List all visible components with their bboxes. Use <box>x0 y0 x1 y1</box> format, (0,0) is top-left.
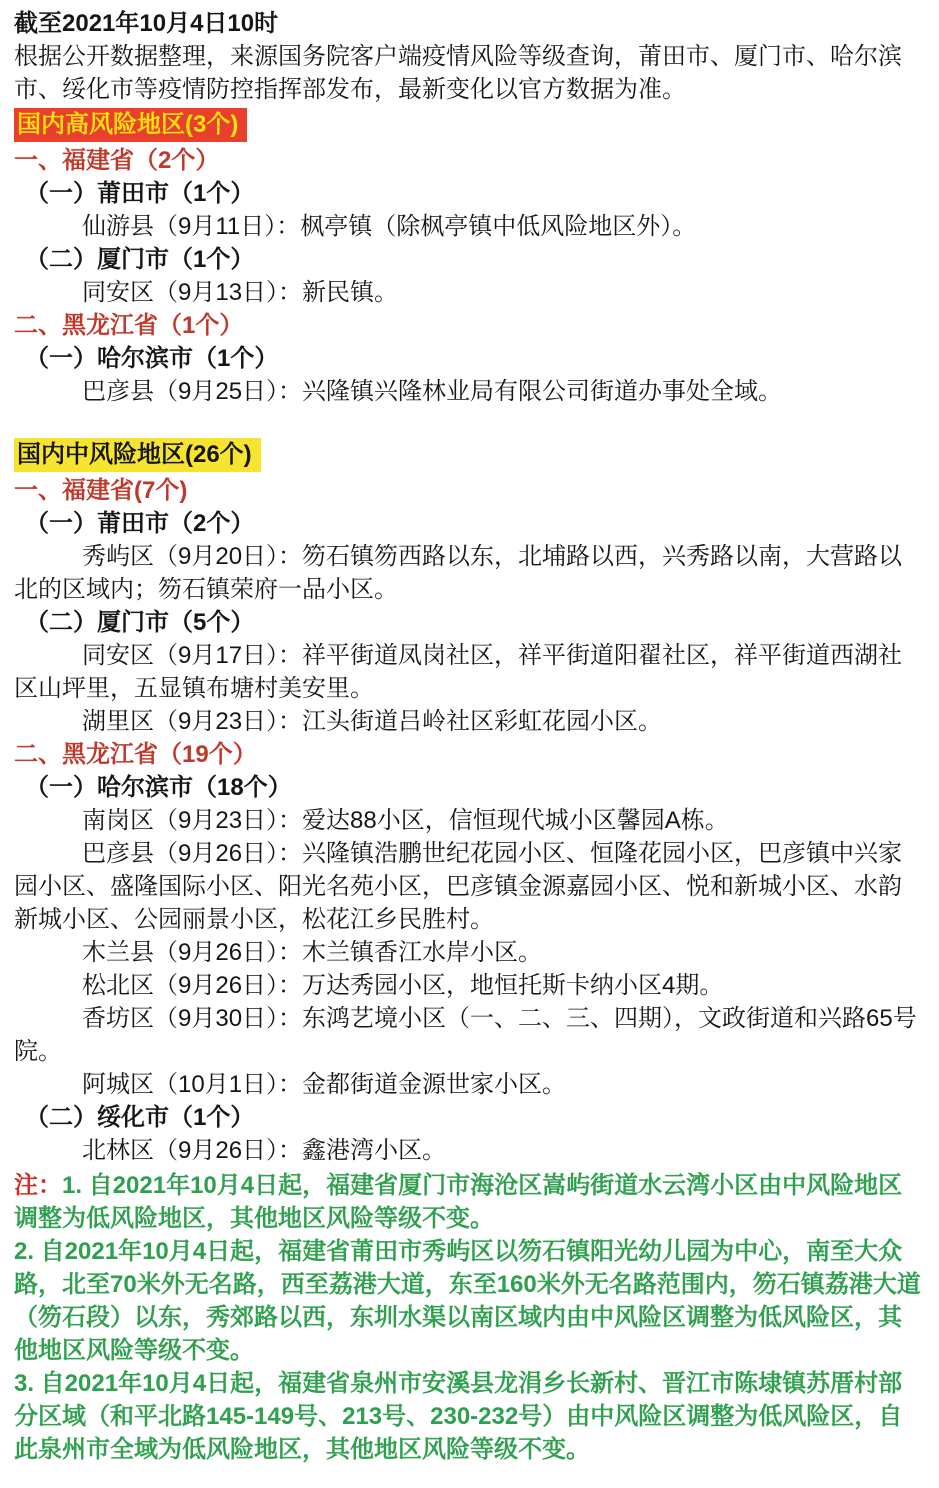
note-line: 注：1. 自2021年10月4日起，福建省厦门市海沧区嵩屿街道水云湾小区由中风险… <box>14 1169 925 1235</box>
entry-line: 香坊区（9月30日）：东鸿艺境小区（一、二、三、四期），文政街道和兴路65号院。 <box>14 1002 925 1068</box>
notes-section: 注：1. 自2021年10月4日起，福建省厦门市海沧区嵩屿街道水云湾小区由中风险… <box>14 1169 925 1466</box>
entry-line: 同安区（9月17日）：祥平街道凤岗社区，祥平街道阳翟社区，祥平街道西湖社区山坪里… <box>14 639 925 705</box>
note-line: 3. 自2021年10月4日起，福建省泉州市安溪县龙涓乡长新村、晋江市陈埭镇苏厝… <box>14 1367 925 1466</box>
as-of-date: 截至2021年10月4日10时 <box>14 7 925 40</box>
entry-line: 同安区（9月13日）：新民镇。 <box>14 276 925 309</box>
note-line: 2. 自2021年10月4日起，福建省莆田市秀屿区以笏石镇阳光幼儿园为中心，南至… <box>14 1235 925 1367</box>
intro-paragraph: 根据公开数据整理，来源国务院客户端疫情风险等级查询，莆田市、厦门市、哈尔滨市、绥… <box>14 40 925 106</box>
entry-line: 巴彦县（9月25日）：兴隆镇兴隆林业局有限公司街道办事处全域。 <box>14 375 925 408</box>
high-risk-banner-row: 国内高风险地区(3个) <box>14 108 925 142</box>
city-line: （二）绥化市（1个） <box>14 1101 925 1134</box>
medium-risk-banner: 国内中风险地区(26个) <box>14 438 261 472</box>
note-text: 1. 自2021年10月4日起，福建省厦门市海沧区嵩屿街道水云湾小区由中风险地区… <box>14 1172 902 1232</box>
entry-line: 北林区（9月26日）：鑫港湾小区。 <box>14 1134 925 1167</box>
risk-area-document: 截至2021年10月4日10时 根据公开数据整理，来源国务院客户端疫情风险等级查… <box>0 0 939 1466</box>
city-line: （一）莆田市（1个） <box>14 177 925 210</box>
province-heading: 二、黑龙江省（1个） <box>14 309 925 342</box>
entry-line: 仙游县（9月11日）：枫亭镇（除枫亭镇中低风险地区外）。 <box>14 210 925 243</box>
province-heading: 二、黑龙江省（19个） <box>14 738 925 771</box>
medium-risk-section: 国内中风险地区(26个) 一、福建省(7个) （一）莆田市（2个） 秀屿区（9月… <box>14 438 925 1167</box>
high-risk-banner: 国内高风险地区(3个) <box>14 108 247 142</box>
entry-line: 湖里区（9月23日）：江头街道吕岭社区彩虹花园小区。 <box>14 705 925 738</box>
medium-risk-banner-row: 国内中风险地区(26个) <box>14 438 925 472</box>
province-heading: 一、福建省（2个） <box>14 144 925 177</box>
city-line: （一）哈尔滨市（18个） <box>14 771 925 804</box>
note-prefix: 注： <box>14 1172 62 1199</box>
entry-line: 木兰县（9月26日）：木兰镇香江水岸小区。 <box>14 936 925 969</box>
entry-line: 阿城区（10月1日）：金都街道金源世家小区。 <box>14 1068 925 1101</box>
entry-line: 松北区（9月26日）：万达秀园小区，地恒托斯卡纳小区4期。 <box>14 969 925 1002</box>
entry-line: 巴彦县（9月26日）：兴隆镇浩鹏世纪花园小区、恒隆花园小区，巴彦镇中兴家园小区、… <box>14 837 925 936</box>
city-line: （一）莆田市（2个） <box>14 507 925 540</box>
city-line: （二）厦门市（5个） <box>14 606 925 639</box>
high-risk-section: 国内高风险地区(3个) 一、福建省（2个） （一）莆田市（1个） 仙游县（9月1… <box>14 108 925 408</box>
city-line: （二）厦门市（1个） <box>14 243 925 276</box>
entry-line: 南岗区（9月23日）：爱达88小区，信恒现代城小区馨园A栋。 <box>14 804 925 837</box>
province-heading: 一、福建省(7个) <box>14 474 925 507</box>
entry-line: 秀屿区（9月20日）：笏石镇笏西路以东，北埔路以西，兴秀路以南，大营路以北的区域… <box>14 540 925 606</box>
city-line: （一）哈尔滨市（1个） <box>14 342 925 375</box>
